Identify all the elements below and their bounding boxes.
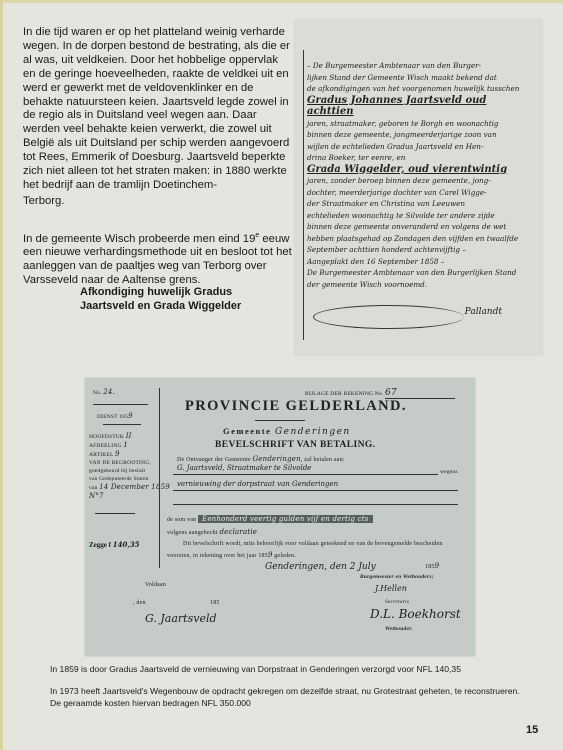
page-edge	[0, 0, 3, 750]
handwritten-line: Grada Wiggelder, oud vierentwintig	[307, 164, 535, 176]
intro-paragraph-1-tail: Terborg.	[23, 195, 293, 209]
signature: Pallandt	[465, 307, 502, 317]
page-edge	[0, 0, 563, 3]
divider	[173, 474, 438, 475]
handwritten-line: jaren, zonder beroep binnen deze gemeent…	[307, 175, 535, 187]
page-number: 15	[526, 724, 538, 736]
handwritten-line: – De Burgemeester Ambtenaar van den Burg…	[307, 60, 535, 72]
signature-flourish	[313, 305, 464, 329]
year: 1859	[425, 562, 439, 570]
order-body-text: Dit bevelschrift wordt, mits behoorlijk …	[167, 539, 457, 562]
dienst: DIENST 1859	[97, 412, 133, 420]
begrooting: VAN DE BEGROOTING, goedgekeurd bij beslu…	[89, 459, 170, 500]
hoofdstuk: HOOFDSTUK II	[89, 432, 132, 440]
den-year: 185	[210, 600, 220, 606]
paragraph-1973: In 1973 heeft Jaartsveld's Wegenbouw de …	[50, 686, 520, 709]
order-number: No. 24.	[93, 388, 115, 396]
place-date: Genderingen, den 2 July	[265, 562, 376, 572]
divider	[93, 404, 148, 405]
handwritten-line: der Straatmaker en Christina van Leeuwen	[307, 198, 535, 210]
handwritten-line: wijlen de echtelieden Gradus Jaartsveld …	[307, 141, 535, 153]
den-label: , den	[133, 600, 146, 606]
handwritten-text: – De Burgemeester Ambtenaar van den Burg…	[307, 60, 535, 290]
payment-order-image: No. 24. DIENST 1859 HOOFDSTUK II AFDEELI…	[85, 378, 475, 656]
margin-line	[303, 50, 304, 340]
intro-paragraph-2: In de gemeente Wisch probeerde men eind …	[23, 229, 293, 288]
marriage-announcement-image: – De Burgemeester Ambtenaar van den Burg…	[295, 20, 542, 355]
secretaris-label: Secretaris	[385, 599, 409, 605]
divider	[173, 504, 458, 505]
document-title: PROVINCIE GELDERLAND.	[185, 398, 407, 415]
artikel: ARTIKEL 9	[89, 450, 120, 458]
handwritten-line: binnen deze gemeente onveranderd en volg…	[307, 221, 535, 233]
divider	[255, 420, 305, 421]
afdeeling: AFDEELING 1	[89, 441, 128, 449]
wethouder-label: Wethouder.	[385, 626, 413, 632]
bijlage: BIJLAGE DER REKENING No. 67	[305, 388, 397, 398]
document-subtitle: BEVELSCHRIFT VAN BETALING.	[215, 440, 375, 450]
handwritten-line: drina Boeker, ter eenre, en	[307, 152, 535, 164]
handwritten-line: Gradus Johannes Jaartsveld oud achttien	[307, 95, 535, 118]
paragraph-1859: In 1859 is door Gradus Jaartsveld de ver…	[50, 664, 520, 676]
wegens-label: wegens	[440, 469, 458, 475]
ontvanger-line: De Ontvanger der Gemeente Genderingen, z…	[177, 455, 345, 463]
divider	[103, 424, 141, 425]
divider	[95, 513, 135, 514]
intro-paragraph-2-text: In de gemeente Wisch probeerde men eind …	[23, 233, 255, 245]
handwritten-line: binnen deze gemeente, jongmeerderjarige …	[307, 129, 535, 141]
handwritten-line: De Burgemeester Ambtenaar van den Burger…	[307, 267, 535, 279]
handwritten-line: echtelieden woonachtig te Silvolde ter a…	[307, 210, 535, 222]
signature: J.Hellen	[375, 584, 407, 593]
payee: G. Jaartsveld, Straatmaker te Silvolde	[177, 464, 311, 472]
divider	[173, 490, 458, 491]
image-caption: Afkondiging huwelijk Gradus Jaartsveld e…	[80, 285, 280, 313]
handwritten-line: lijken Stand der Gemeente Wisch maakt be…	[307, 72, 535, 84]
handwritten-line: Aangeplakt den 16 September 1858 –	[307, 256, 535, 268]
aangehecht: volgens aangehecht declaratie	[167, 528, 257, 536]
margin-line	[159, 388, 160, 568]
intro-paragraph-1: In die tijd waren er op het platteland w…	[23, 26, 293, 193]
handwritten-line: de afkondigingen van het voorgenomen huw…	[307, 83, 535, 95]
receiver-signature: G. Jaartsveld	[145, 612, 217, 625]
intro-text: In die tijd waren er op het platteland w…	[23, 26, 293, 300]
handwritten-line: dochter, meerderjarige dochter van Carel…	[307, 187, 535, 199]
handwritten-line: jaren, straatmaker, geboren te Borgh en …	[307, 118, 535, 130]
handwritten-line: der gemeente Wisch voornoemd.	[307, 279, 535, 291]
burgemeester-label: Burgemeester en Wethouders;	[360, 574, 434, 580]
som: de som van Eenhonderd veertig gulden vij…	[167, 515, 373, 523]
handwritten-line: hebben plaatsgehad op Zondagen den vijfd…	[307, 233, 535, 245]
signature: D.L. Boekhorst	[370, 607, 461, 621]
reason: vernieuwing der dorpstraat van Gendering…	[177, 480, 338, 488]
handwritten-line: September achttien honderd achtenvijftig…	[307, 244, 535, 256]
zegge-amount: Zegge f 140,35	[89, 540, 140, 549]
gemeente: Gemeente Genderingen	[223, 426, 351, 437]
voldaan-label: Voldaan	[145, 582, 166, 588]
